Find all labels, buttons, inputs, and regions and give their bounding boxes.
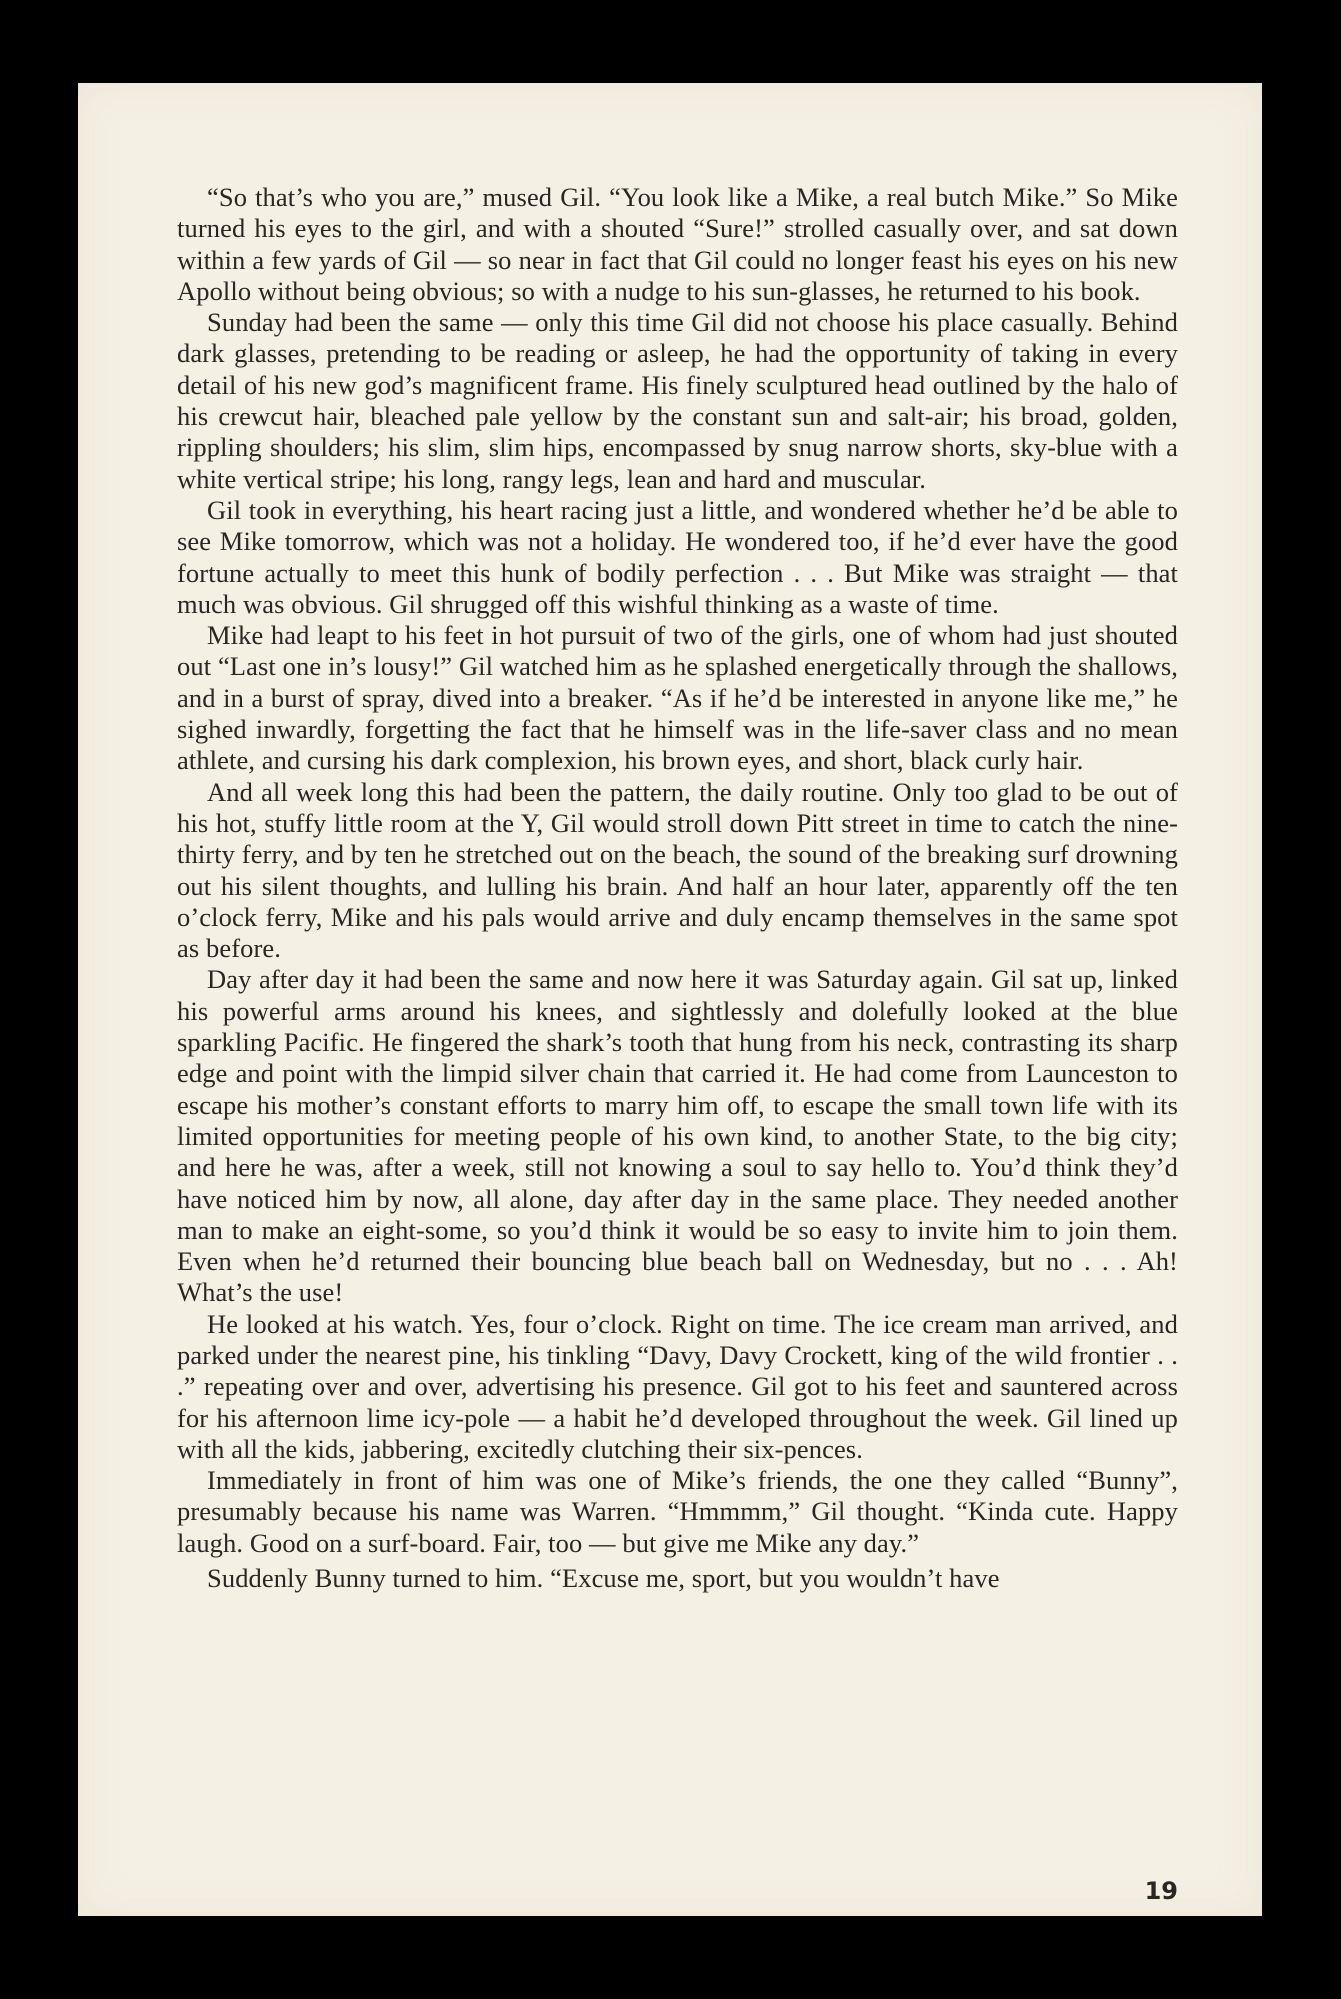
paragraph: Sunday had been the same — only this tim… bbox=[177, 307, 1178, 495]
paragraph: Day after day it had been the same and n… bbox=[177, 964, 1178, 1308]
book-page: “So that’s who you are,” mused Gil. “You… bbox=[78, 83, 1262, 1916]
paragraph: Mike had leapt to his feet in hot pursui… bbox=[177, 620, 1178, 776]
paragraph: Gil took in everything, his heart racing… bbox=[177, 495, 1178, 620]
paragraph: Suddenly Bunny turned to him. “Excuse me… bbox=[177, 1563, 1178, 1594]
body-text: “So that’s who you are,” mused Gil. “You… bbox=[177, 182, 1178, 1594]
paragraph: And all week long this had been the patt… bbox=[177, 777, 1178, 965]
page-number: 19 bbox=[1145, 1877, 1178, 1905]
paragraph: He looked at his watch. Yes, four o’cloc… bbox=[177, 1309, 1178, 1465]
paragraph: “So that’s who you are,” mused Gil. “You… bbox=[177, 182, 1178, 307]
paragraph: Immediately in front of him was one of M… bbox=[177, 1465, 1178, 1559]
